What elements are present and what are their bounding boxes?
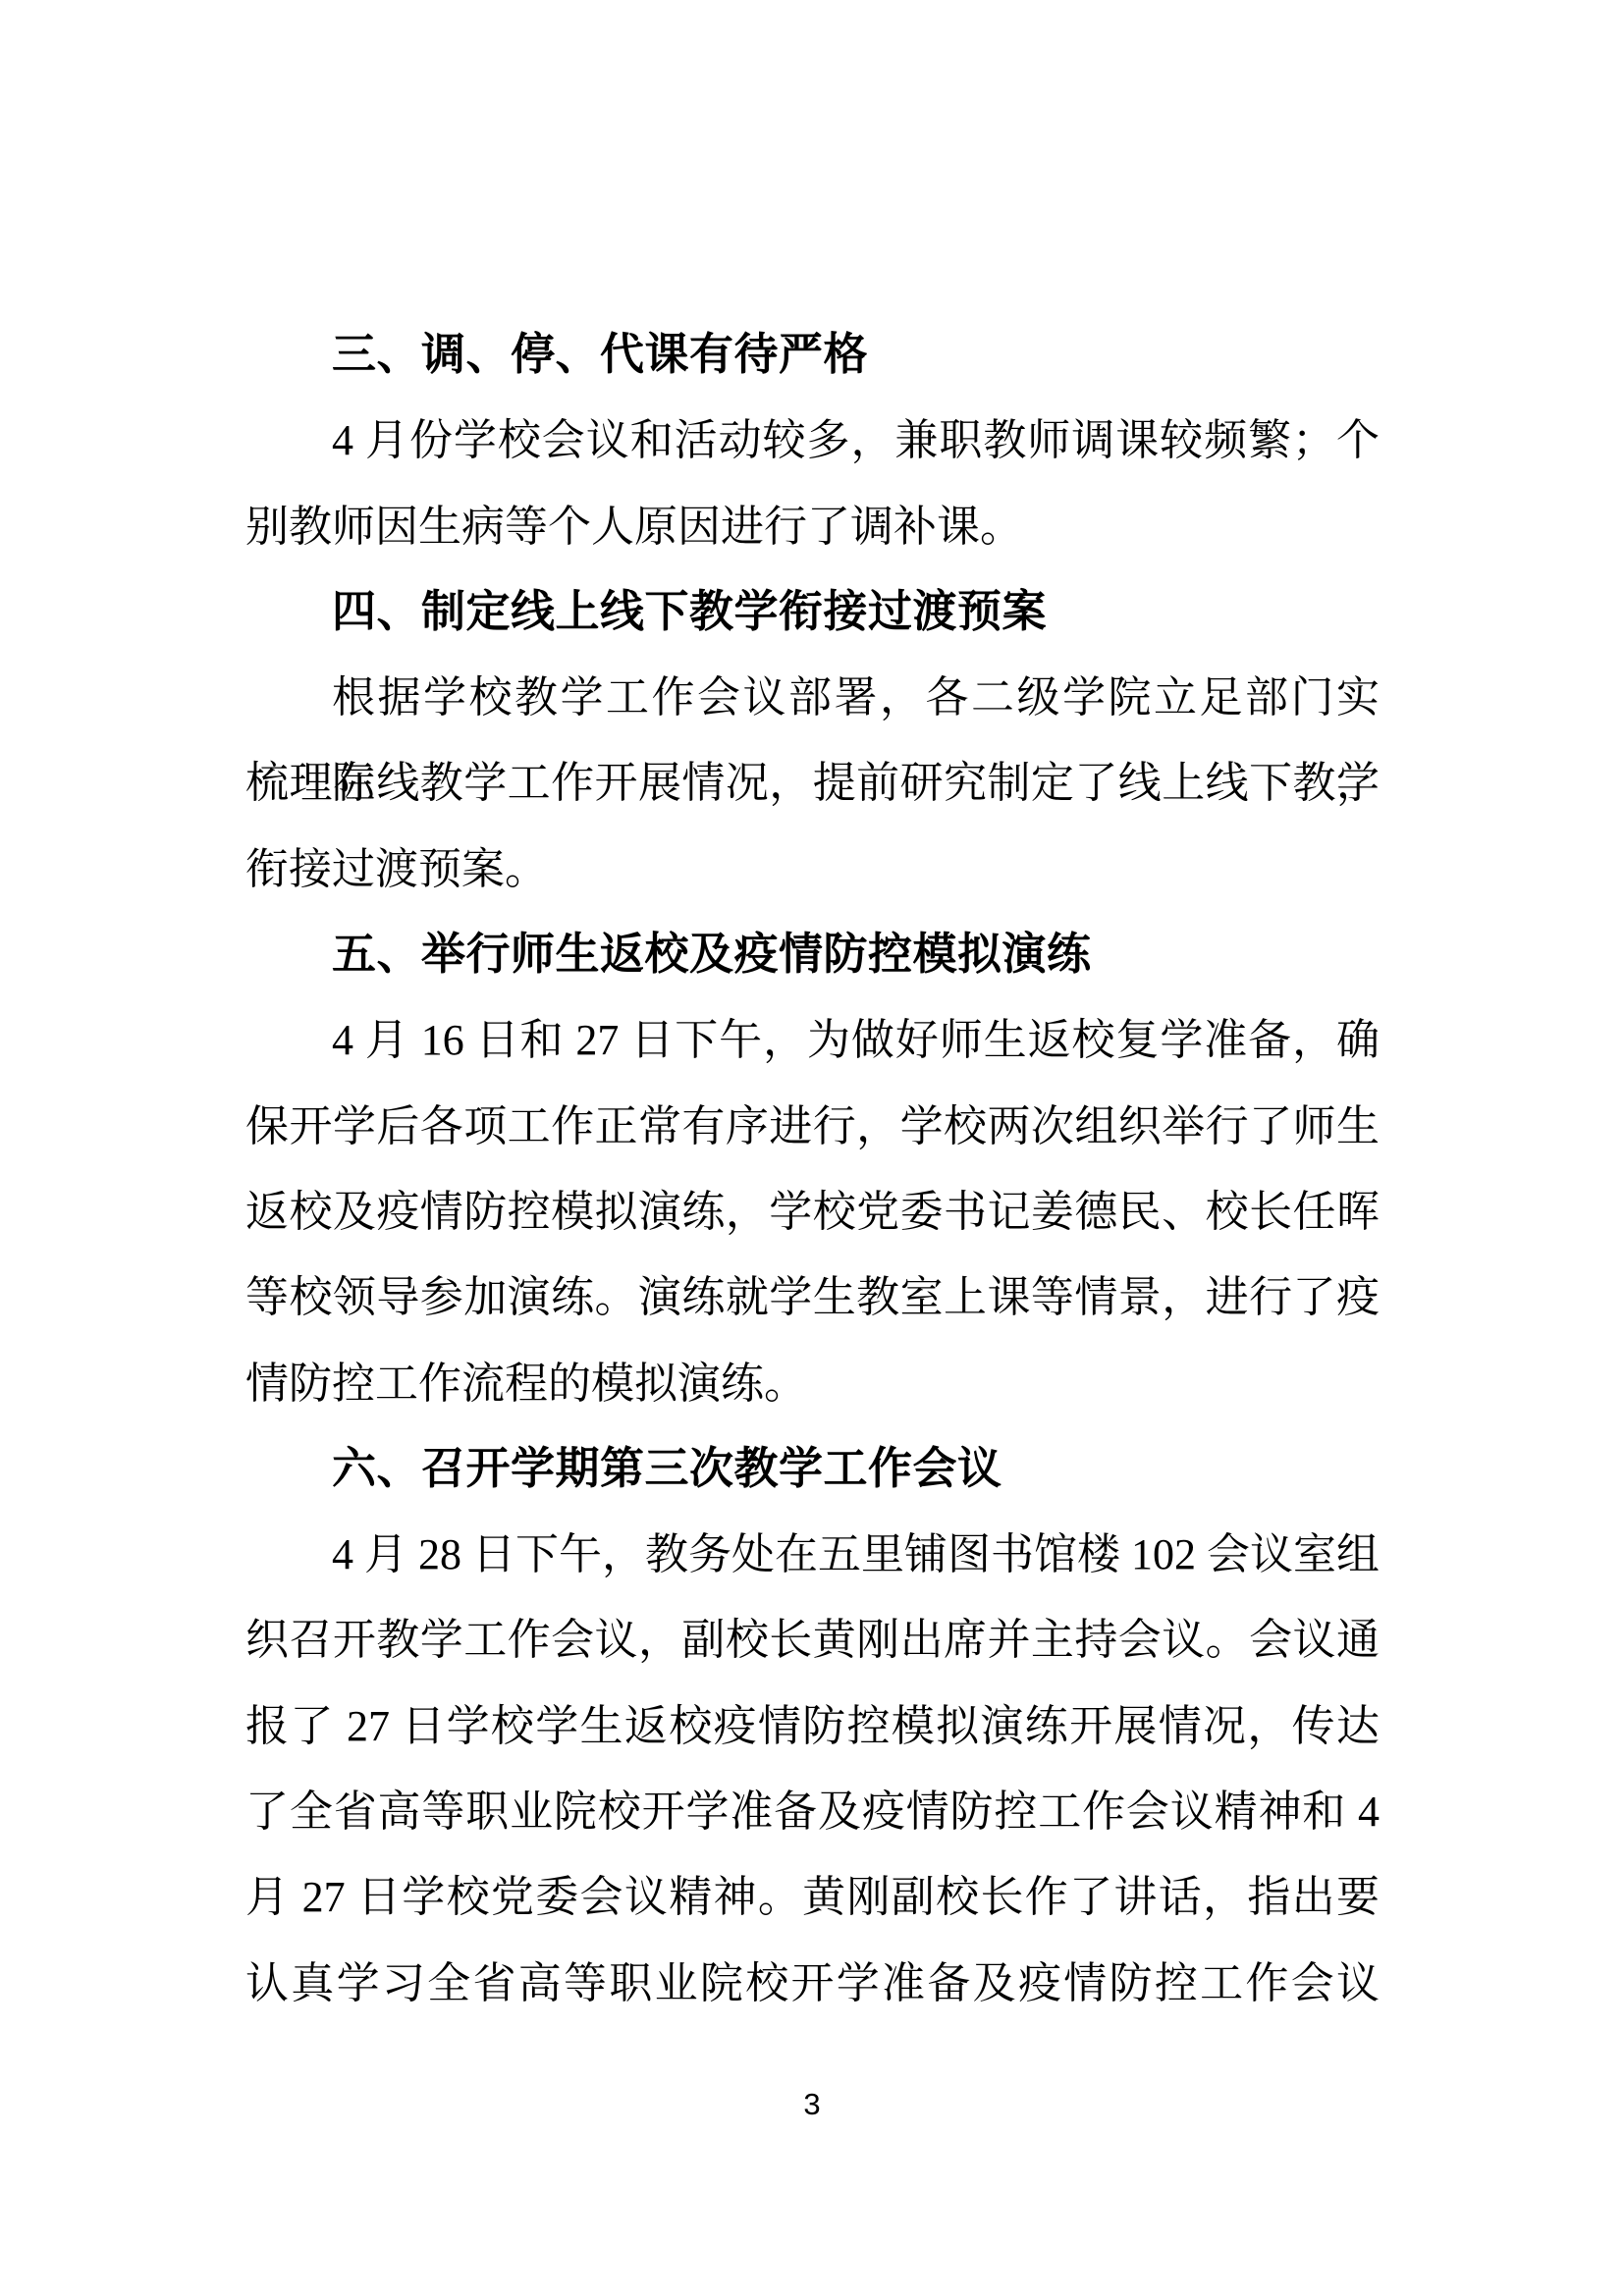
body-text-line: 梳理在线教学工作开展情况，提前研究制定了线上线下教学 [245,740,1380,826]
body-text-line: 等校领导参加演练。演练就学生教室上课等情景，进行了疫 [245,1255,1380,1340]
document-page: 三、调、停、代课有待严格4 月份学校会议和活动较多，兼职教师调课较频繁；个别教师… [0,0,1624,2296]
document-body: 三、调、停、代课有待严格4 月份学校会议和活动较多，兼职教师调课较频繁；个别教师… [245,312,1380,2026]
body-text-line: 衔接过渡预案。 [245,827,1380,912]
body-text-line: 认真学习全省高等职业院校开学准备及疫情防控工作会议 [245,1941,1380,2026]
page-number: 3 [0,2087,1624,2122]
body-text-line: 4 月 28 日下午，教务处在五里铺图书馆楼 102 会议室组 [245,1512,1380,1597]
body-text-line: 4 月份学校会议和活动较多，兼职教师调课较频繁；个 [245,398,1380,483]
body-text-line: 别教师因生病等个人原因进行了调补课。 [245,484,1380,569]
body-text-line: 4 月 16 日和 27 日下午，为做好师生返校复学准备，确 [245,997,1380,1083]
body-text-line: 根据学校教学工作会议部署，各二级学院立足部门实际， [245,655,1380,740]
body-text-line: 返校及疫情防控模拟演练，学校党委书记姜德民、校长任晖 [245,1169,1380,1255]
body-text-line: 情防控工作流程的模拟演练。 [245,1341,1380,1426]
body-text-line: 了全省高等职业院校开学准备及疫情防控工作会议精神和 4 [245,1769,1380,1854]
body-text-line: 织召开教学工作会议，副校长黄刚出席并主持会议。会议通 [245,1597,1380,1682]
body-text-line: 保开学后各项工作正常有序进行，学校两次组织举行了师生 [245,1084,1380,1169]
section-heading: 六、召开学期第三次教学工作会议 [245,1426,1380,1512]
body-text-line: 报了 27 日学校学生返校疫情防控模拟演练开展情况，传达 [245,1683,1380,1769]
section-heading: 四、制定线上线下教学衔接过渡预案 [245,569,1380,655]
section-heading: 三、调、停、代课有待严格 [245,312,1380,398]
section-heading: 五、举行师生返校及疫情防控模拟演练 [245,912,1380,997]
body-text-line: 月 27 日学校党委会议精神。黄刚副校长作了讲话，指出要 [245,1854,1380,1940]
